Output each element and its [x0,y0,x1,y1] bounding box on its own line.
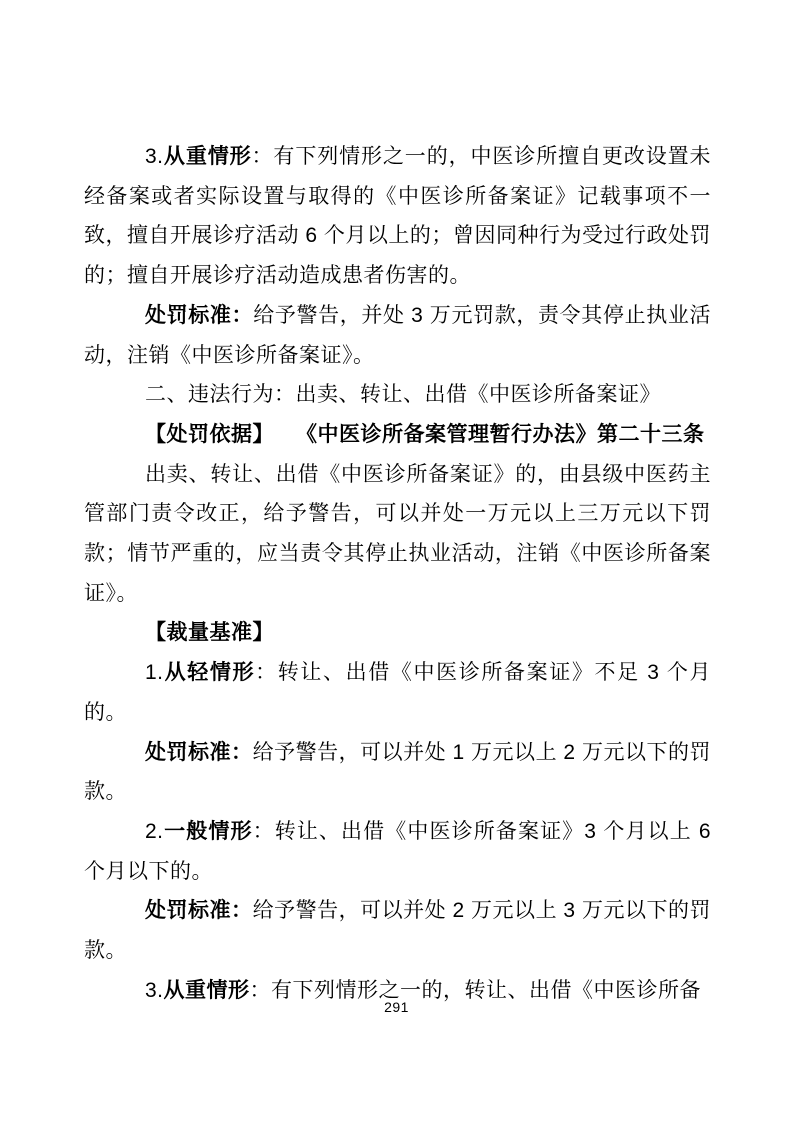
page-footer: 291 [0,999,793,1017]
document-page: 3.从重情形：有下列情形之一的，中医诊所擅自更改设置未经备案或者实际设置与取得的… [0,0,793,1122]
body-text: 1. [145,661,164,684]
emphasis-text: 从轻情形 [164,661,256,684]
body-text: 2. [145,820,164,843]
paragraph: 1.从轻情形：转让、出借《中医诊所备案证》不足 3 个月的。 [84,653,711,732]
emphasis-text: 处罚标准： [145,304,253,327]
paragraph: 处罚标准：给予警告，可以并处 1 万元以上 2 万元以下的罚款。 [84,733,711,812]
paragraph: 3.从重情形：有下列情形之一的，中医诊所擅自更改设置未经备案或者实际设置与取得的… [84,137,711,296]
body-text: 3. [145,145,164,168]
paragraph: 【处罚依据】 《中医诊所备案管理暂行办法》第二十三条 [84,415,711,455]
emphasis-text: 【处罚依据】 《中医诊所备案管理暂行办法》第二十三条 [145,423,705,446]
emphasis-text: 处罚标准： [145,899,253,922]
emphasis-text: 从重情形 [164,145,252,168]
body-text: 出卖、转让、出借《中医诊所备案证》的，由县级中医药主管部门责令改正，给予警告，可… [84,463,711,605]
paragraph: 2.一般情形：转让、出借《中医诊所备案证》3 个月以上 6 个月以下的。 [84,812,711,891]
page-number: 291 [384,999,409,1015]
document-body: 3.从重情形：有下列情形之一的，中医诊所擅自更改设置未经备案或者实际设置与取得的… [84,137,711,1010]
emphasis-text: 一般情形 [164,820,253,843]
emphasis-text: 【裁量基准】 [145,621,274,644]
paragraph: 【裁量基准】 [84,613,711,653]
body-text: 二、违法行为：出卖、转让、出借《中医诊所备案证》 [145,383,661,406]
paragraph: 二、违法行为：出卖、转让、出借《中医诊所备案证》 [84,375,711,415]
paragraph: 处罚标准：给予警告，并处 3 万元罚款，责令其停止执业活动，注销《中医诊所备案证… [84,296,711,375]
paragraph: 处罚标准：给予警告，可以并处 2 万元以上 3 万元以下的罚款。 [84,891,711,970]
emphasis-text: 处罚标准： [145,741,253,764]
paragraph: 出卖、转让、出借《中医诊所备案证》的，由县级中医药主管部门责令改正，给予警告，可… [84,455,711,614]
